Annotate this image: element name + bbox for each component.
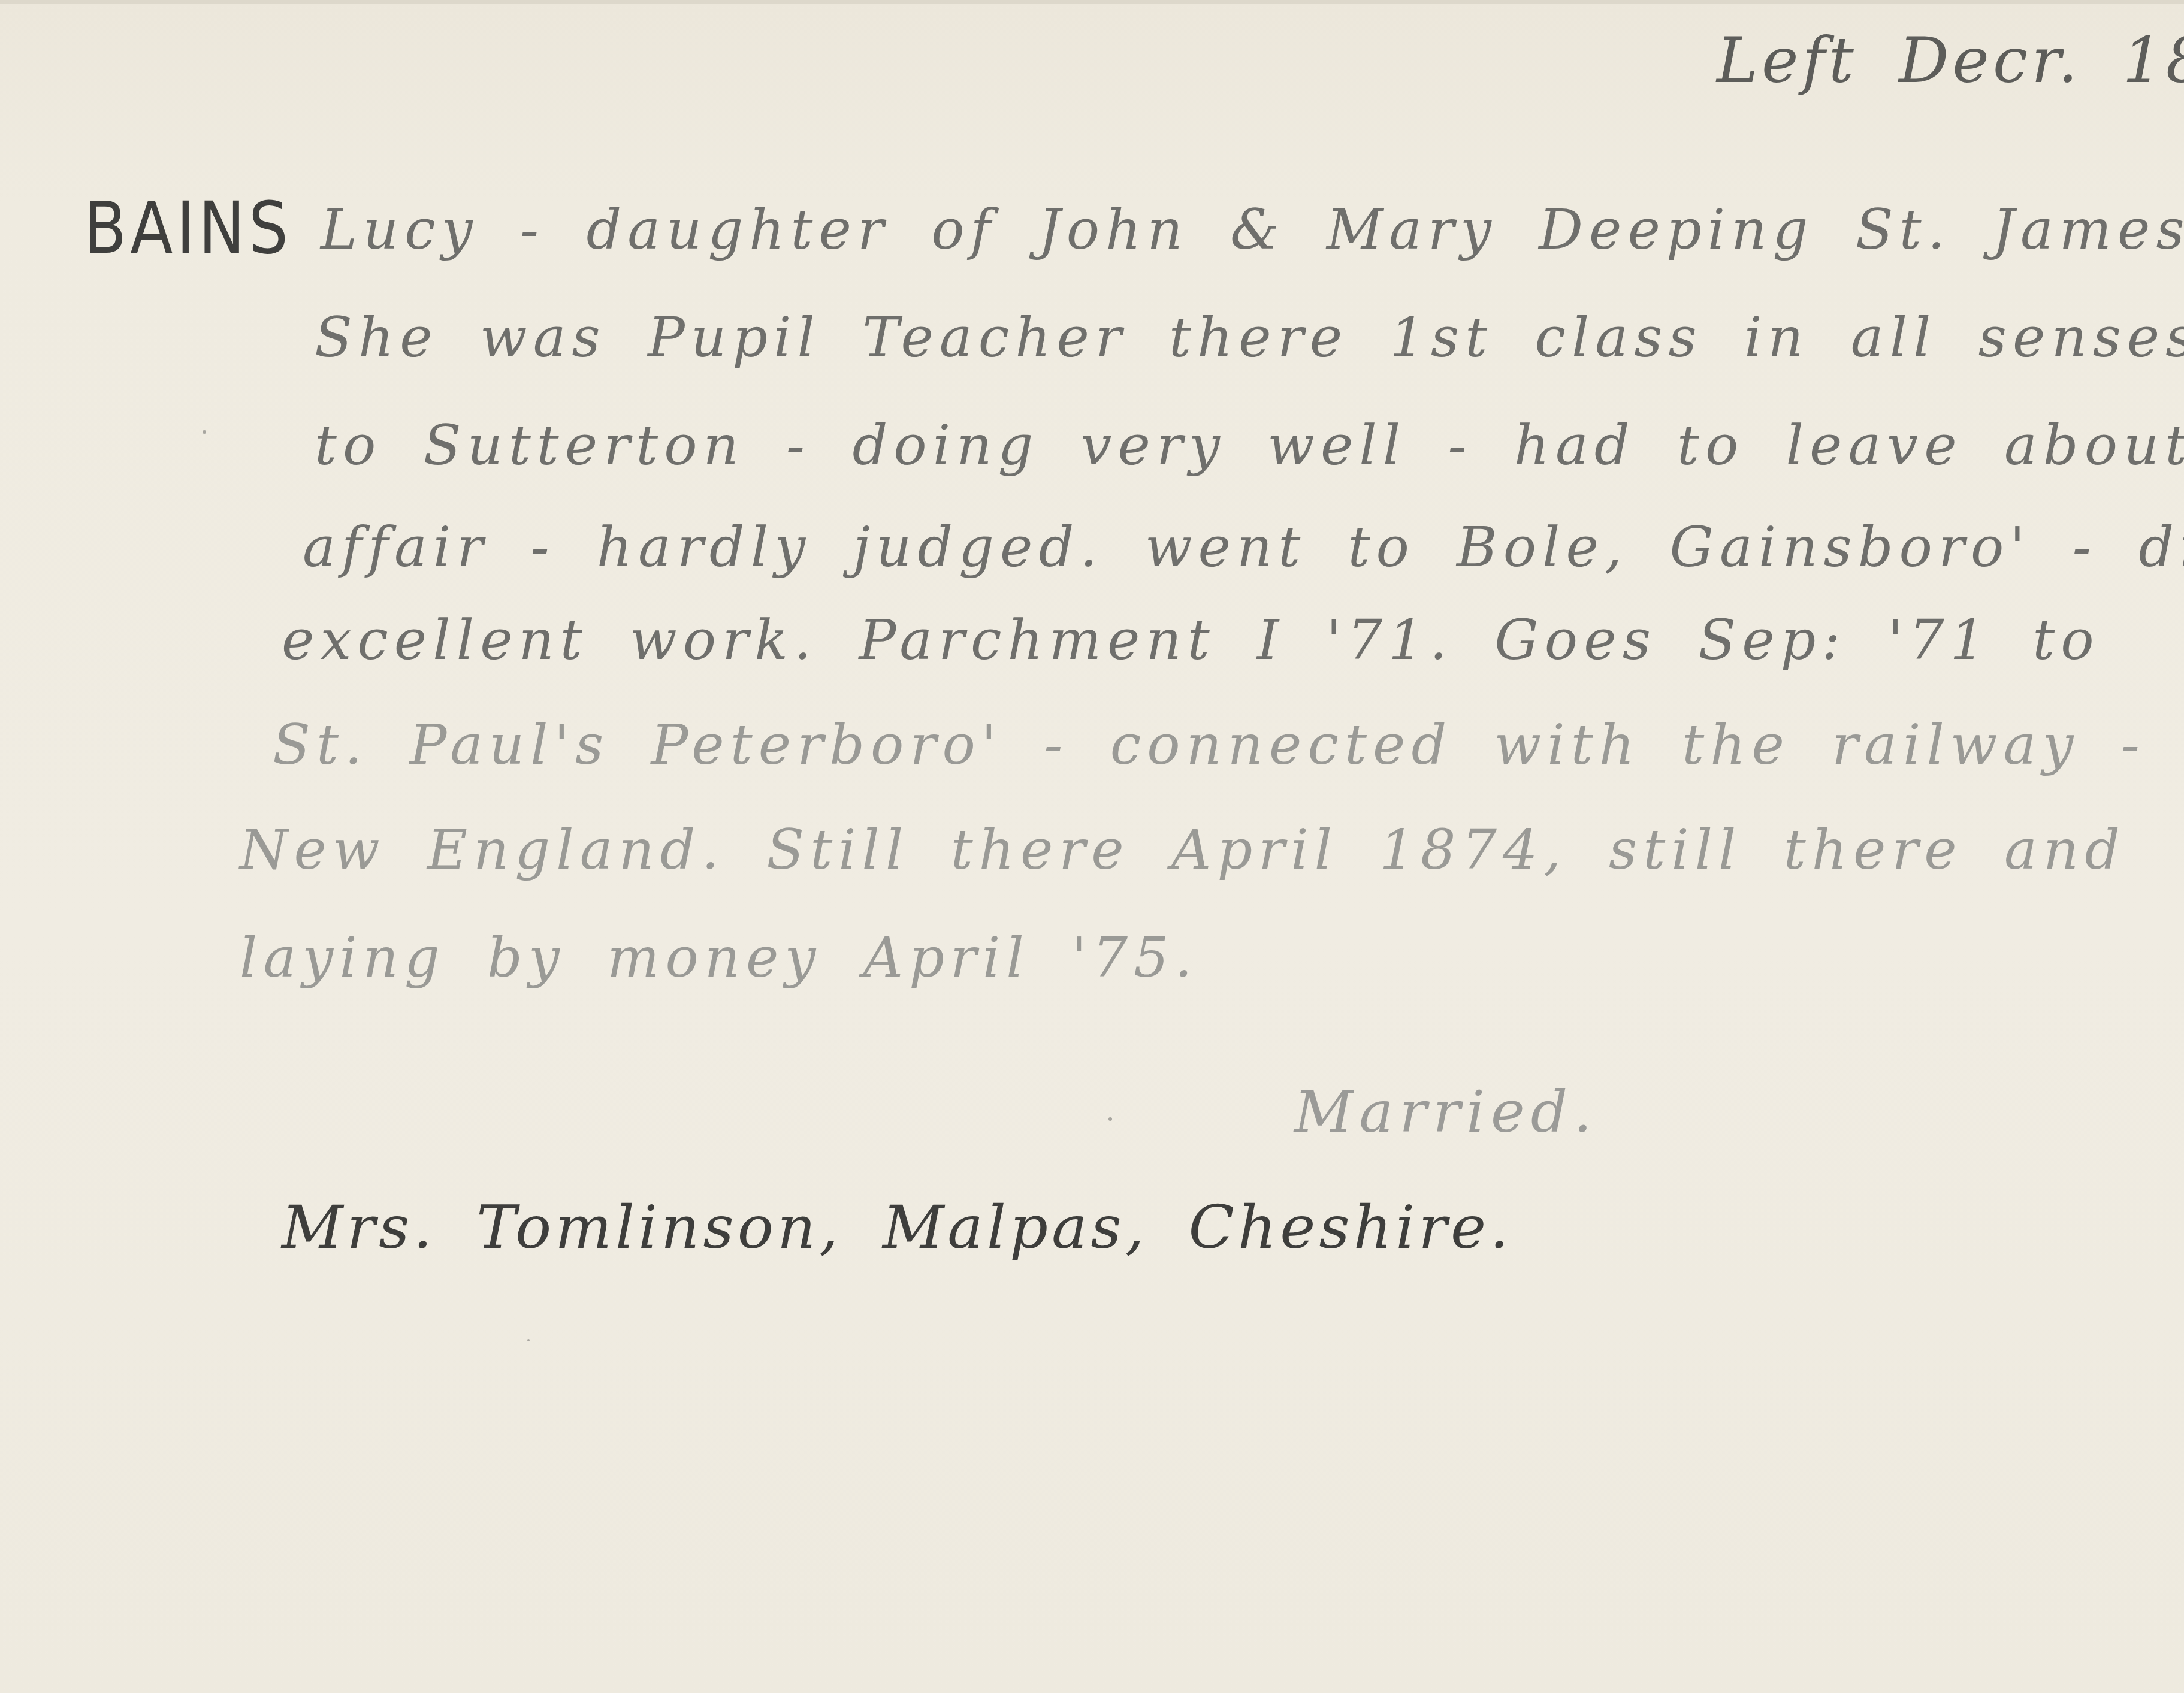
address-note: Mrs. Tomlinson, Malpas, Cheshire. xyxy=(282,1192,1512,1262)
entry-line-3: to Sutterton - doing very well - had to … xyxy=(315,413,2184,477)
entry-line-4: affair - hardly judged. went to Bole, Ga… xyxy=(303,515,2184,579)
paper-speck xyxy=(203,430,206,434)
entry-line-1: Lucy - daughter of John & Mary Deeping S… xyxy=(321,198,2184,262)
entry-line-7: New England. Still there April 1874, sti… xyxy=(240,818,2126,882)
entry-line-8: laying by money April '75. xyxy=(240,926,1198,990)
entry-line-2: She was Pupil Teacher there 1st class in… xyxy=(315,306,2184,370)
paper-speck xyxy=(527,1339,530,1341)
date-left-note: Left Decr. 1867. xyxy=(1717,24,2184,97)
married-note: Married. xyxy=(1294,1078,1598,1145)
surname-heading: BAINS xyxy=(84,186,292,270)
entry-line-5: excellent work. Parchment I '71. Goes Se… xyxy=(282,608,2100,672)
paper-speck xyxy=(1108,1117,1112,1121)
page-top-edge xyxy=(0,0,2184,4)
entry-line-6: St. Paul's Peterboro' - connected with t… xyxy=(273,713,2184,777)
manuscript-page: Left Decr. 1867. BAINS Lucy - daughter o… xyxy=(0,0,2184,1693)
